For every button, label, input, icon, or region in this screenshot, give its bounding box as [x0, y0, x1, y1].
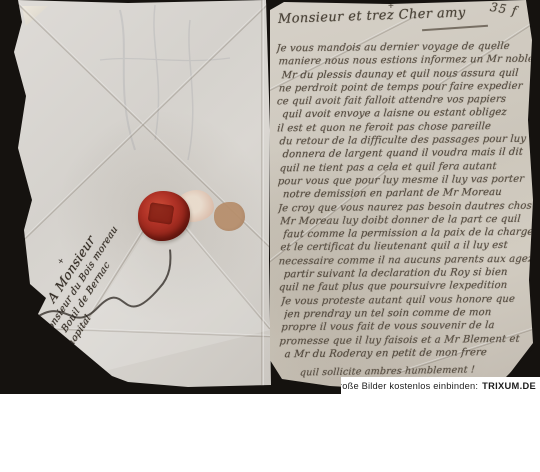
letter-text-page: + Monsieur et trez Cher amy 35 f Je vous… [270, 0, 540, 393]
caption-text: Große Bilder kostenlos einbinden: [341, 381, 478, 391]
signature-flourish [18, 195, 206, 394]
letter-photograph: + A MonsieurMonsieur du Bois moreauau Bo… [0, 0, 540, 394]
price-mark: 35 f [489, 0, 518, 18]
ink-dash [422, 25, 488, 31]
caption-brand: TRIXUM.DE [482, 381, 536, 391]
letter-line: a Mr du Roderay en petit de mon frere [284, 345, 534, 361]
stain-spot [214, 202, 245, 231]
letter-body: Je vous mandois au dernier voyage de que… [276, 40, 533, 362]
faint-sketch-marks [60, 0, 250, 180]
envelope-back-page: + A MonsieurMonsieur du Bois moreauau Bo… [8, 0, 274, 393]
salutation: Monsieur et trez Cher amy [278, 5, 466, 27]
watermark-caption: Große Bilder kostenlos einbinden: TRIXUM… [341, 377, 540, 394]
